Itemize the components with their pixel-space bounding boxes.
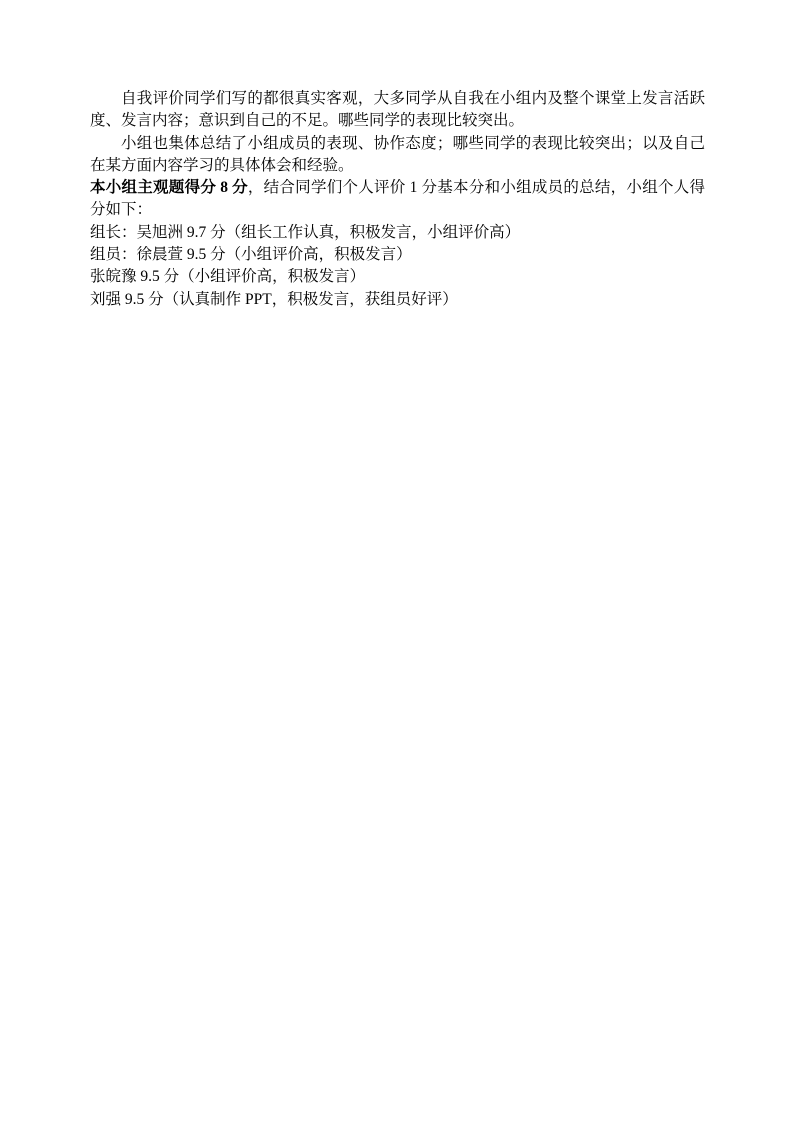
score-line-leader: 组长：吴旭洲 9.7 分（组长工作认真，积极发言，小组评价高） xyxy=(90,222,705,244)
document-page: 自我评价同学们写的都很真实客观，大多同学从自我在小组内及整个课堂上发言活跃度、发… xyxy=(0,0,794,1123)
score-line-member-1: 组员：徐晨萱 9.5 分（小组评价高，积极发言） xyxy=(90,244,705,266)
score-line-member-3: 刘强 9.5 分（认真制作 PPT，积极发言，获组员好评） xyxy=(90,289,705,311)
subjective-score-bold-lead: 本小组主观题得分 8 分 xyxy=(90,179,248,196)
paragraph-subjective-score: 本小组主观题得分 8 分，结合同学们个人评价 1 分基本分和小组成员的总结，小组… xyxy=(90,177,705,222)
paragraph-group-summary: 小组也集体总结了小组成员的表现、协作态度；哪些同学的表现比较突出；以及自己在某方… xyxy=(90,133,705,178)
paragraph-self-evaluation: 自我评价同学们写的都很真实客观，大多同学从自我在小组内及整个课堂上发言活跃度、发… xyxy=(90,88,705,133)
document-text-block: 自我评价同学们写的都很真实客观，大多同学从自我在小组内及整个课堂上发言活跃度、发… xyxy=(90,88,705,311)
score-line-member-2: 张皖豫 9.5 分（小组评价高，积极发言） xyxy=(90,266,705,288)
